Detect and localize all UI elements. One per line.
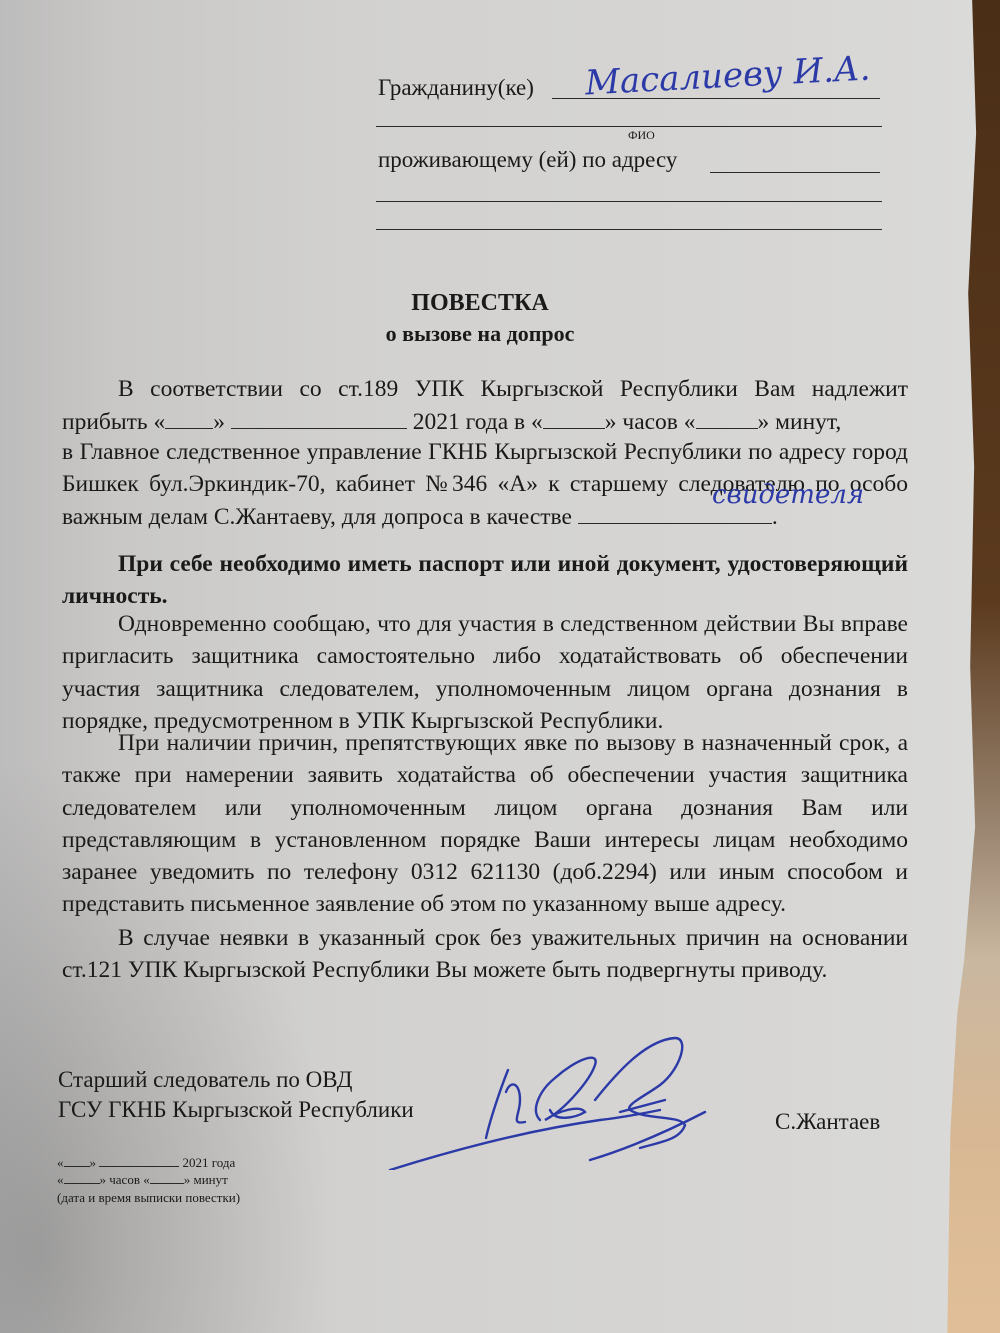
paragraph-1-date-line: прибыть «» 2021 года в «» часов «» минут… — [62, 410, 841, 435]
document-subtitle: о вызове на допрос — [280, 323, 680, 345]
capacity-handwritten: свидетеля — [712, 480, 864, 510]
issue-month-blank[interactable] — [99, 1155, 179, 1167]
signer-position-line-2: ГСУ ГКНБ Кыргызской Республики — [58, 1098, 414, 1121]
month-blank[interactable] — [231, 410, 407, 429]
day-blank[interactable] — [165, 410, 213, 429]
citizen-name-handwritten: Масалиеву И.А. — [584, 49, 871, 104]
address-line-1 — [710, 172, 880, 173]
paragraph-4: При наличии причин, препятствующих явке … — [62, 727, 908, 921]
issue-hours-blank[interactable] — [64, 1172, 100, 1184]
issue-date-line: «» 2021 года — [57, 1155, 235, 1170]
document-title: ПОВЕСТКА — [280, 291, 680, 315]
issue-minutes-blank[interactable] — [150, 1172, 184, 1184]
fio-line — [376, 126, 882, 127]
paragraph-3: Одновременно сообщаю, что для участия в … — [62, 608, 908, 737]
citizen-label: Гражданину(ке) — [378, 76, 534, 99]
issue-caption: (дата и время выписки повестки) — [57, 1190, 240, 1205]
hours-blank[interactable] — [543, 410, 605, 429]
minutes-text: » минут, — [758, 409, 842, 435]
address-line-2 — [376, 201, 882, 202]
address-line-3 — [376, 229, 882, 230]
paragraph-2-bold: При себе необходимо иметь паспорт или ин… — [62, 548, 908, 613]
date-close-quote: » — [213, 409, 225, 435]
signer-name: С.Жантаев — [775, 1110, 880, 1133]
year-text: 2021 года в « — [413, 409, 543, 435]
signature-scribble-icon — [380, 1030, 720, 1170]
minutes-blank[interactable] — [696, 410, 758, 429]
summons-document: Гражданину(ке) Масалиеву И.А. ФИО прожив… — [0, 0, 992, 1333]
address-label: проживающему (ей) по адресу — [378, 148, 677, 171]
hours-text: » часов « — [605, 409, 696, 435]
paragraph-5: В случае неявки в указанный срок без ува… — [62, 922, 908, 987]
issue-day-blank[interactable] — [64, 1155, 90, 1167]
issue-time-line: «» часов «» минут — [57, 1172, 228, 1187]
date-open-quote: прибыть « — [62, 409, 165, 435]
signer-position-line-1: Старший следователь по ОВД — [58, 1068, 352, 1091]
paragraph-1-line-1: В соответствии со ст.189 УПК Кыргызской … — [118, 378, 908, 402]
fio-caption: ФИО — [628, 128, 655, 143]
